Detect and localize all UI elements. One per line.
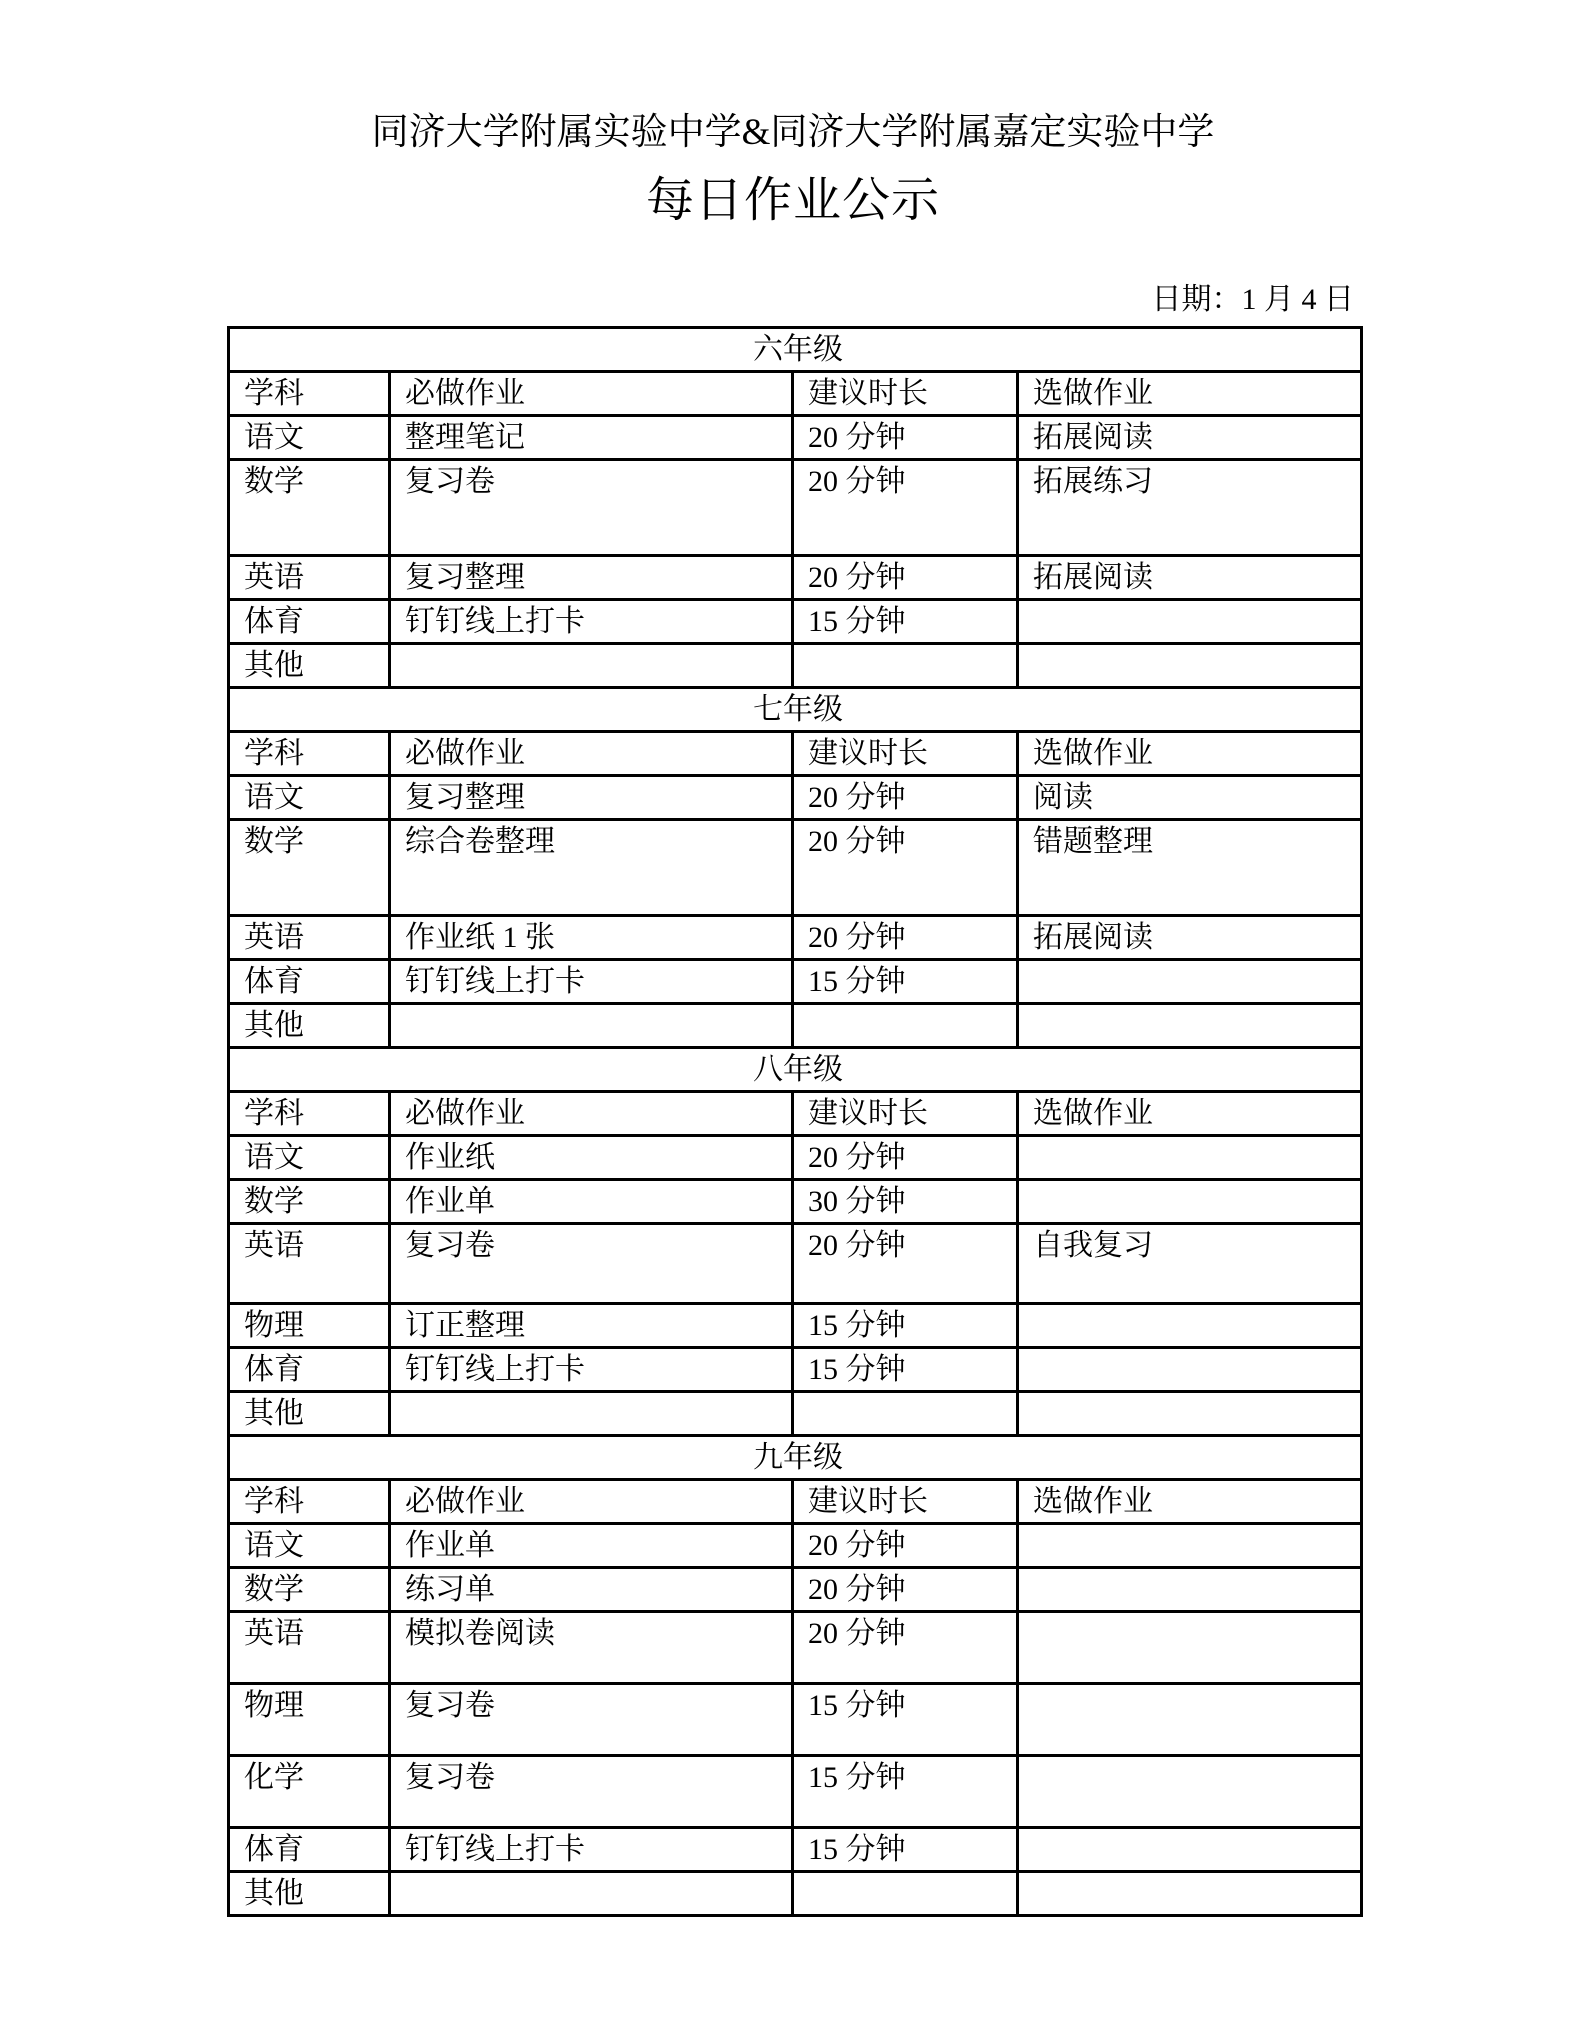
homework-row: 英语作业纸 1 张20 分钟拓展阅读 <box>229 915 1362 959</box>
subject-cell: 其他 <box>229 1871 390 1915</box>
suggested-duration-cell: 20 分钟 <box>793 1567 1018 1611</box>
column-header-subject: 学科 <box>229 371 390 415</box>
required-homework-cell: 综合卷整理 <box>390 819 793 915</box>
subject-cell: 体育 <box>229 599 390 643</box>
homework-row: 语文作业单20 分钟 <box>229 1523 1362 1567</box>
document-title: 每日作业公示 <box>0 172 1586 230</box>
column-header-duration: 建议时长 <box>793 1091 1018 1135</box>
optional-homework-cell <box>1018 1391 1362 1435</box>
required-homework-cell <box>390 1391 793 1435</box>
homework-row: 数学作业单30 分钟 <box>229 1179 1362 1223</box>
homework-row: 英语复习卷20 分钟自我复习 <box>229 1223 1362 1303</box>
date-label: 日期：1 月 4 日 <box>227 282 1360 318</box>
subject-cell: 其他 <box>229 1003 390 1047</box>
homework-row: 英语复习整理20 分钟拓展阅读 <box>229 555 1362 599</box>
optional-homework-cell <box>1018 643 1362 687</box>
optional-homework-cell <box>1018 1683 1362 1755</box>
required-homework-cell: 复习整理 <box>390 775 793 819</box>
optional-homework-cell <box>1018 599 1362 643</box>
optional-homework-cell <box>1018 1135 1362 1179</box>
grade-section-title: 六年级 <box>229 327 1362 371</box>
column-header-optional: 选做作业 <box>1018 1479 1362 1523</box>
required-homework-cell <box>390 1871 793 1915</box>
homework-row: 英语模拟卷阅读20 分钟 <box>229 1611 1362 1683</box>
optional-homework-cell <box>1018 1523 1362 1567</box>
column-header-duration: 建议时长 <box>793 731 1018 775</box>
optional-homework-cell: 错题整理 <box>1018 819 1362 915</box>
optional-homework-cell <box>1018 1003 1362 1047</box>
subject-cell: 语文 <box>229 775 390 819</box>
subject-cell: 体育 <box>229 1827 390 1871</box>
grade-section-row: 六年级 <box>229 327 1362 371</box>
suggested-duration-cell: 15 分钟 <box>793 1755 1018 1827</box>
subject-cell: 英语 <box>229 1223 390 1303</box>
required-homework-cell: 作业单 <box>390 1179 793 1223</box>
required-homework-cell: 作业单 <box>390 1523 793 1567</box>
subject-cell: 物理 <box>229 1683 390 1755</box>
subject-cell: 英语 <box>229 915 390 959</box>
required-homework-cell: 钉钉线上打卡 <box>390 599 793 643</box>
suggested-duration-cell: 20 分钟 <box>793 1223 1018 1303</box>
homework-row: 语文作业纸20 分钟 <box>229 1135 1362 1179</box>
optional-homework-cell <box>1018 959 1362 1003</box>
optional-homework-cell: 拓展阅读 <box>1018 555 1362 599</box>
optional-homework-cell <box>1018 1871 1362 1915</box>
suggested-duration-cell: 15 分钟 <box>793 599 1018 643</box>
homework-row: 体育钉钉线上打卡15 分钟 <box>229 1827 1362 1871</box>
column-header-duration: 建议时长 <box>793 1479 1018 1523</box>
suggested-duration-cell: 15 分钟 <box>793 959 1018 1003</box>
homework-row: 体育钉钉线上打卡15 分钟 <box>229 959 1362 1003</box>
homework-row: 其他 <box>229 643 1362 687</box>
required-homework-cell <box>390 643 793 687</box>
column-header-row: 学科必做作业建议时长选做作业 <box>229 1479 1362 1523</box>
required-homework-cell <box>390 1003 793 1047</box>
optional-homework-cell: 拓展阅读 <box>1018 915 1362 959</box>
homework-row: 物理复习卷15 分钟 <box>229 1683 1362 1755</box>
homework-row: 数学综合卷整理20 分钟错题整理 <box>229 819 1362 915</box>
required-homework-cell: 复习整理 <box>390 555 793 599</box>
suggested-duration-cell <box>793 1391 1018 1435</box>
homework-row: 语文复习整理20 分钟阅读 <box>229 775 1362 819</box>
suggested-duration-cell: 20 分钟 <box>793 915 1018 959</box>
suggested-duration-cell: 20 分钟 <box>793 459 1018 555</box>
required-homework-cell: 复习卷 <box>390 1683 793 1755</box>
suggested-duration-cell: 20 分钟 <box>793 555 1018 599</box>
column-header-subject: 学科 <box>229 731 390 775</box>
required-homework-cell: 模拟卷阅读 <box>390 1611 793 1683</box>
required-homework-cell: 作业纸 <box>390 1135 793 1179</box>
grade-section-row: 八年级 <box>229 1047 1362 1091</box>
homework-row: 其他 <box>229 1003 1362 1047</box>
suggested-duration-cell <box>793 643 1018 687</box>
homework-row: 其他 <box>229 1871 1362 1915</box>
homework-row: 语文整理笔记20 分钟拓展阅读 <box>229 415 1362 459</box>
subject-cell: 语文 <box>229 415 390 459</box>
column-header-row: 学科必做作业建议时长选做作业 <box>229 371 1362 415</box>
subject-cell: 英语 <box>229 555 390 599</box>
homework-row: 其他 <box>229 1391 1362 1435</box>
subject-cell: 数学 <box>229 1567 390 1611</box>
column-header-required: 必做作业 <box>390 1091 793 1135</box>
subject-cell: 语文 <box>229 1135 390 1179</box>
optional-homework-cell: 阅读 <box>1018 775 1362 819</box>
optional-homework-cell <box>1018 1303 1362 1347</box>
suggested-duration-cell: 20 分钟 <box>793 415 1018 459</box>
optional-homework-cell <box>1018 1827 1362 1871</box>
grade-section-title: 九年级 <box>229 1435 1362 1479</box>
homework-row: 体育钉钉线上打卡15 分钟 <box>229 599 1362 643</box>
suggested-duration-cell: 30 分钟 <box>793 1179 1018 1223</box>
required-homework-cell: 钉钉线上打卡 <box>390 1827 793 1871</box>
school-name-line: 同济大学附属实验中学&同济大学附属嘉定实验中学 <box>0 0 1586 156</box>
column-header-required: 必做作业 <box>390 371 793 415</box>
column-header-row: 学科必做作业建议时长选做作业 <box>229 731 1362 775</box>
subject-cell: 英语 <box>229 1611 390 1683</box>
column-header-subject: 学科 <box>229 1479 390 1523</box>
required-homework-cell: 复习卷 <box>390 459 793 555</box>
grade-section-title: 七年级 <box>229 687 1362 731</box>
suggested-duration-cell: 15 分钟 <box>793 1827 1018 1871</box>
grade-section-row: 七年级 <box>229 687 1362 731</box>
suggested-duration-cell: 20 分钟 <box>793 1135 1018 1179</box>
suggested-duration-cell <box>793 1003 1018 1047</box>
required-homework-cell: 复习卷 <box>390 1223 793 1303</box>
homework-row: 数学练习单20 分钟 <box>229 1567 1362 1611</box>
optional-homework-cell <box>1018 1179 1362 1223</box>
subject-cell: 体育 <box>229 1347 390 1391</box>
column-header-optional: 选做作业 <box>1018 1091 1362 1135</box>
optional-homework-cell: 拓展阅读 <box>1018 415 1362 459</box>
subject-cell: 物理 <box>229 1303 390 1347</box>
column-header-row: 学科必做作业建议时长选做作业 <box>229 1091 1362 1135</box>
subject-cell: 语文 <box>229 1523 390 1567</box>
suggested-duration-cell: 15 分钟 <box>793 1347 1018 1391</box>
suggested-duration-cell: 15 分钟 <box>793 1303 1018 1347</box>
optional-homework-cell: 自我复习 <box>1018 1223 1362 1303</box>
column-header-subject: 学科 <box>229 1091 390 1135</box>
homework-row: 体育钉钉线上打卡15 分钟 <box>229 1347 1362 1391</box>
optional-homework-cell: 拓展练习 <box>1018 459 1362 555</box>
homework-row: 物理订正整理15 分钟 <box>229 1303 1362 1347</box>
grade-section-row: 九年级 <box>229 1435 1362 1479</box>
subject-cell: 数学 <box>229 1179 390 1223</box>
column-header-required: 必做作业 <box>390 1479 793 1523</box>
required-homework-cell: 作业纸 1 张 <box>390 915 793 959</box>
document-page: 同济大学附属实验中学&同济大学附属嘉定实验中学 每日作业公示 日期：1 月 4 … <box>0 0 1586 2023</box>
optional-homework-cell <box>1018 1347 1362 1391</box>
suggested-duration-cell: 15 分钟 <box>793 1683 1018 1755</box>
required-homework-cell: 订正整理 <box>390 1303 793 1347</box>
column-header-duration: 建议时长 <box>793 371 1018 415</box>
suggested-duration-cell: 20 分钟 <box>793 819 1018 915</box>
required-homework-cell: 复习卷 <box>390 1755 793 1827</box>
suggested-duration-cell: 20 分钟 <box>793 1611 1018 1683</box>
suggested-duration-cell <box>793 1871 1018 1915</box>
optional-homework-cell <box>1018 1567 1362 1611</box>
required-homework-cell: 整理笔记 <box>390 415 793 459</box>
daily-homework-table: 六年级学科必做作业建议时长选做作业语文整理笔记20 分钟拓展阅读数学复习卷20 … <box>227 326 1363 1917</box>
required-homework-cell: 钉钉线上打卡 <box>390 959 793 1003</box>
subject-cell: 化学 <box>229 1755 390 1827</box>
optional-homework-cell <box>1018 1611 1362 1683</box>
grade-section-title: 八年级 <box>229 1047 1362 1091</box>
suggested-duration-cell: 20 分钟 <box>793 775 1018 819</box>
homework-row: 数学复习卷20 分钟拓展练习 <box>229 459 1362 555</box>
subject-cell: 其他 <box>229 643 390 687</box>
suggested-duration-cell: 20 分钟 <box>793 1523 1018 1567</box>
column-header-optional: 选做作业 <box>1018 371 1362 415</box>
required-homework-cell: 练习单 <box>390 1567 793 1611</box>
column-header-required: 必做作业 <box>390 731 793 775</box>
column-header-optional: 选做作业 <box>1018 731 1362 775</box>
subject-cell: 其他 <box>229 1391 390 1435</box>
optional-homework-cell <box>1018 1755 1362 1827</box>
homework-row: 化学复习卷15 分钟 <box>229 1755 1362 1827</box>
subject-cell: 数学 <box>229 819 390 915</box>
subject-cell: 体育 <box>229 959 390 1003</box>
subject-cell: 数学 <box>229 459 390 555</box>
required-homework-cell: 钉钉线上打卡 <box>390 1347 793 1391</box>
